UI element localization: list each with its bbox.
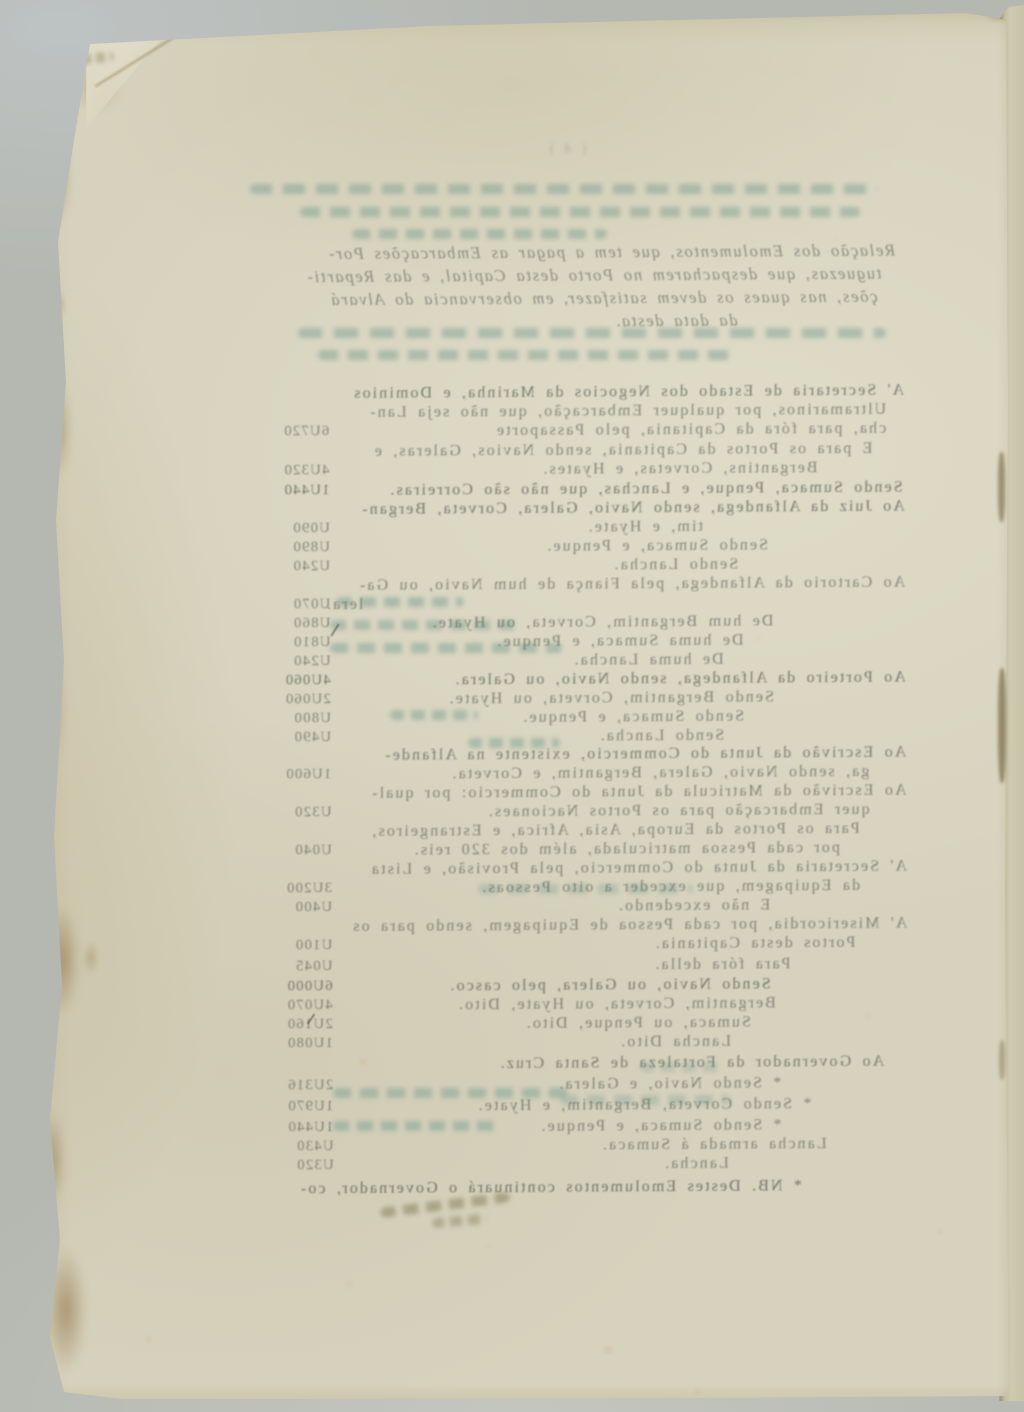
stain-layer [0, 0, 1024, 1412]
paper-stain [864, 1013, 871, 1019]
paper-stain [756, 636, 761, 641]
scanned-document-photo: ( 4 ) Relação dos Emolumentos, que tem a… [0, 0, 1024, 1412]
paper-stain [52, 285, 68, 325]
crease-smudge [998, 452, 1005, 522]
ink-mark [307, 1014, 316, 1025]
paper-stain [80, 935, 102, 981]
paper-stain [295, 700, 300, 705]
paper-stain [834, 236, 839, 240]
document-page: ( 4 ) Relação dos Emolumentos, que tem a… [0, 0, 1024, 1412]
paper-stain [579, 364, 584, 369]
paper-stain [145, 1336, 152, 1342]
crease-smudge [999, 1040, 1005, 1080]
paper-stain [344, 1280, 355, 1289]
paper-stain [693, 1388, 702, 1395]
paper-stain [358, 1058, 367, 1066]
paper-stain [600, 1344, 616, 1356]
crease-smudge [998, 668, 1006, 783]
paper-stain [485, 1243, 491, 1249]
ink-mark [330, 624, 339, 637]
paper-stain [938, 1229, 943, 1234]
